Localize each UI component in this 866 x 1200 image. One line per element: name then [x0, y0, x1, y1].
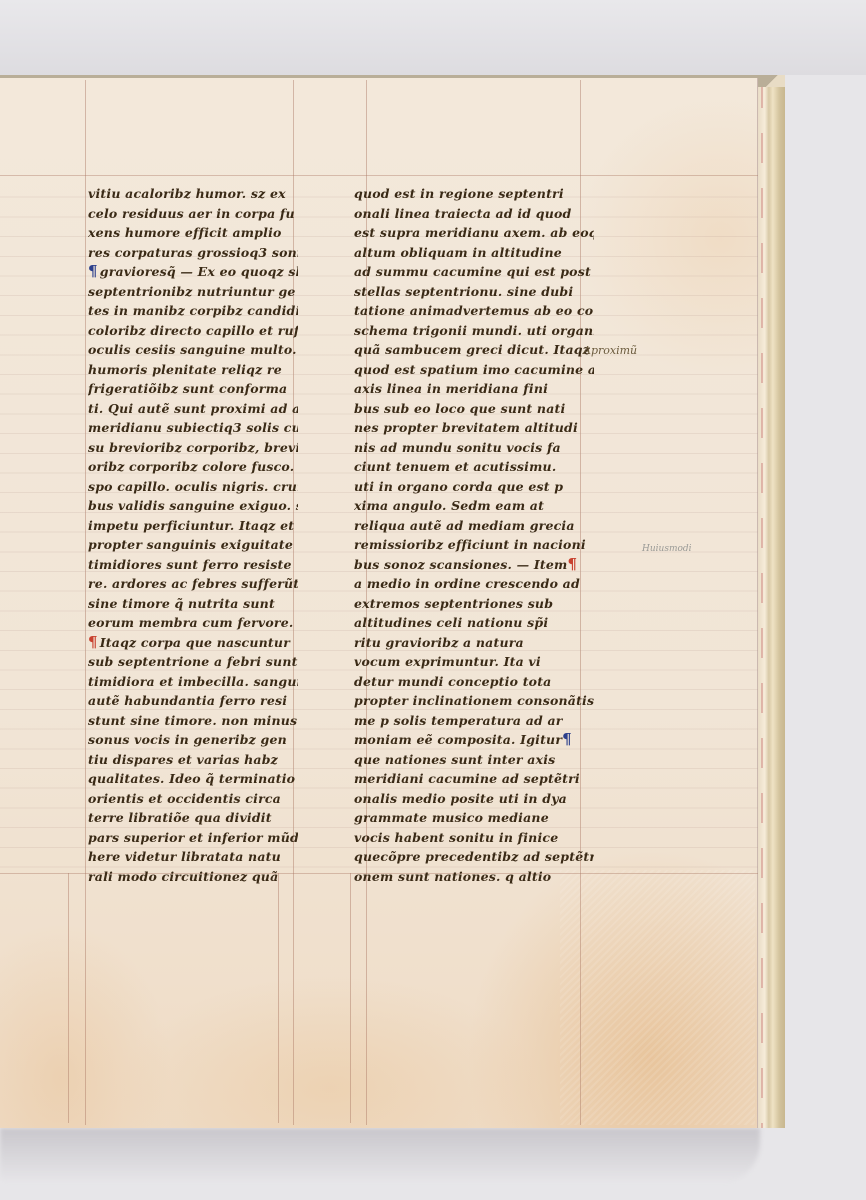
red-paragraph-mark-icon: ¶: [567, 555, 577, 573]
ruling-line-vertical: [278, 873, 279, 1123]
text-line: schema trigonii mundi. uti organi: [354, 321, 594, 341]
text-line: uti in organo corda que est p: [354, 477, 594, 497]
text-line: xens humore efficit amplio: [88, 223, 298, 243]
text-line: bus validis sanguine exiguo. solis: [88, 496, 298, 516]
text-line: coloribz directo capillo et ruffo.: [88, 321, 298, 341]
text-line: humoris plenitate reliqz re: [88, 360, 298, 380]
text-line: impetu perficiuntur. Itaqz et: [88, 516, 298, 536]
text-line: nes propter brevitatem altitudi: [354, 418, 594, 438]
text-line: propter sanguinis exiguitate: [88, 535, 298, 555]
text-line: sine timore q̃ nutrita sunt: [88, 594, 298, 614]
text-line: onali linea traiecta ad id quod: [354, 204, 594, 224]
text-line: quod est in regione septentri: [354, 184, 594, 204]
ruling-line-vertical: [68, 873, 69, 1123]
text-line: me p solis temperatura ad ar: [354, 711, 594, 731]
text-line-with-rubric: ¶gravioresq̃ — Ex eo quoqz sb: [88, 262, 298, 282]
text-line: quecõpre precedentibz ad septẽtri: [354, 847, 594, 867]
text-line: a medio in ordine crescendo ad: [354, 574, 594, 594]
text-line: vitiu acaloribz humor. sz ex: [88, 184, 298, 204]
text-line: tatione animadvertemus ab eo co: [354, 301, 594, 321]
text-line: detur mundi conceptio tota: [354, 672, 594, 692]
marginal-note-faint: Huiusmodi: [642, 544, 692, 554]
text-line: rali modo circuitionez quã: [88, 867, 298, 887]
text-line: oribz corporibz colore fusco. cri: [88, 457, 298, 477]
text-line: vocum exprimuntur. Ita vi: [354, 652, 594, 672]
text-line: sub septentrione a febri sunt: [88, 652, 298, 672]
text-line: quã sambucem greci dicut. Itaqz: [354, 340, 594, 360]
text-line: timidiores sunt ferro resiste: [88, 555, 298, 575]
text-line: onem sunt nationes. q altio: [354, 867, 594, 887]
text-line: stellas septentrionu. sine dubi: [354, 282, 594, 302]
text-line: meridianu subiectiq3 solis cu: [88, 418, 298, 438]
text-line-with-rubric: bus sonoz scansiones. — Item¶: [354, 555, 594, 575]
text-line-with-rubric: moniam eẽ composita. Igitur¶: [354, 730, 594, 750]
text-line: extremos septentriones sub: [354, 594, 594, 614]
text-line: altitudines celi nationu sp̃i: [354, 613, 594, 633]
gilt-page-edge: [757, 78, 785, 1128]
text-line: terre libratiõe qua dividit: [88, 808, 298, 828]
text-line: bus sub eo loco que sunt nati: [354, 399, 594, 419]
parchment-grain: [560, 870, 755, 1125]
backdrop: [0, 0, 866, 75]
text-line: ciunt tenuem et acutissimu.: [354, 457, 594, 477]
text-line: est supra meridianu axem. ab eoqz: [354, 223, 594, 243]
ruling-line-horizontal: [0, 175, 758, 176]
text-line: timidiora et imbecilla. sanguinis: [88, 672, 298, 692]
text-line: propter inclinationem consonãtissi: [354, 691, 594, 711]
blue-paragraph-mark-icon: ¶: [562, 730, 572, 748]
text-line: oculis cesiis sanguine multo. ab: [88, 340, 298, 360]
text-line: ad summu cacumine qui est post: [354, 262, 594, 282]
text-line: reliqua autẽ ad mediam grecia: [354, 516, 594, 536]
text-line: res corpaturas grossioq3 sonitu: [88, 243, 298, 263]
text-line: pars superior et inferior mũdi: [88, 828, 298, 848]
marginal-note: Aproximũ: [583, 344, 637, 357]
text-column-right: quod est in regione septentri onali line…: [354, 184, 594, 886]
text-line: grammate musico mediane: [354, 808, 594, 828]
text-line-with-rubric: ¶Itaqz corpa que nascuntur: [88, 633, 298, 653]
text-line: ritu gravioribz a natura: [354, 633, 594, 653]
text-line: stunt sine timore. non minus: [88, 711, 298, 731]
text-line: quod est spatium imo cacumine ab: [354, 360, 594, 380]
text-line: que nationes sunt inter axis: [354, 750, 594, 770]
text-line: vocis habent sonitu in finice: [354, 828, 594, 848]
text-line: qualitates. Ideo q̃ terminatio: [88, 769, 298, 789]
text-line: tes in manibz corpibz candidis: [88, 301, 298, 321]
red-paragraph-mark-icon: ¶: [88, 633, 98, 651]
text-line: meridiani cacumine ad septẽtri: [354, 769, 594, 789]
text-line: axis linea in meridiana fini: [354, 379, 594, 399]
blue-paragraph-mark-icon: ¶: [88, 262, 98, 280]
text-line: ti. Qui autẽ sunt proximi ad axe: [88, 399, 298, 419]
text-line: nis ad mundu sonitu vocis fa: [354, 438, 594, 458]
text-line: xima angulo. Sedm eam at: [354, 496, 594, 516]
text-line: celo residuus aer in corpa fu: [88, 204, 298, 224]
text-line: altum obliquam in altitudine: [354, 243, 594, 263]
text-line: septentrionibz nutriuntur ge: [88, 282, 298, 302]
text-line: su brevioribz corporibz, brevi: [88, 438, 298, 458]
text-column-left: vitiu acaloribz humor. sz ex celo residu…: [88, 184, 298, 886]
text-line: re. ardores ac febres sufferũt: [88, 574, 298, 594]
page-shadow: [0, 1128, 760, 1183]
text-line: spo capillo. oculis nigris. cruri: [88, 477, 298, 497]
text-line: frigeratiõibz sunt conforma: [88, 379, 298, 399]
text-line: eorum membra cum fervore.: [88, 613, 298, 633]
text-line: tiu dispares et varias habz: [88, 750, 298, 770]
text-line: here videtur libratata natu: [88, 847, 298, 867]
ruling-line-vertical: [350, 873, 351, 1123]
text-line: remissioribz efficiunt in nacioni: [354, 535, 594, 555]
text-line: autẽ habundantia ferro resi: [88, 691, 298, 711]
text-line: sonus vocis in generibz gen: [88, 730, 298, 750]
text-line: orientis et occidentis circa: [88, 789, 298, 809]
text-line: onalis medio posite uti in dya: [354, 789, 594, 809]
